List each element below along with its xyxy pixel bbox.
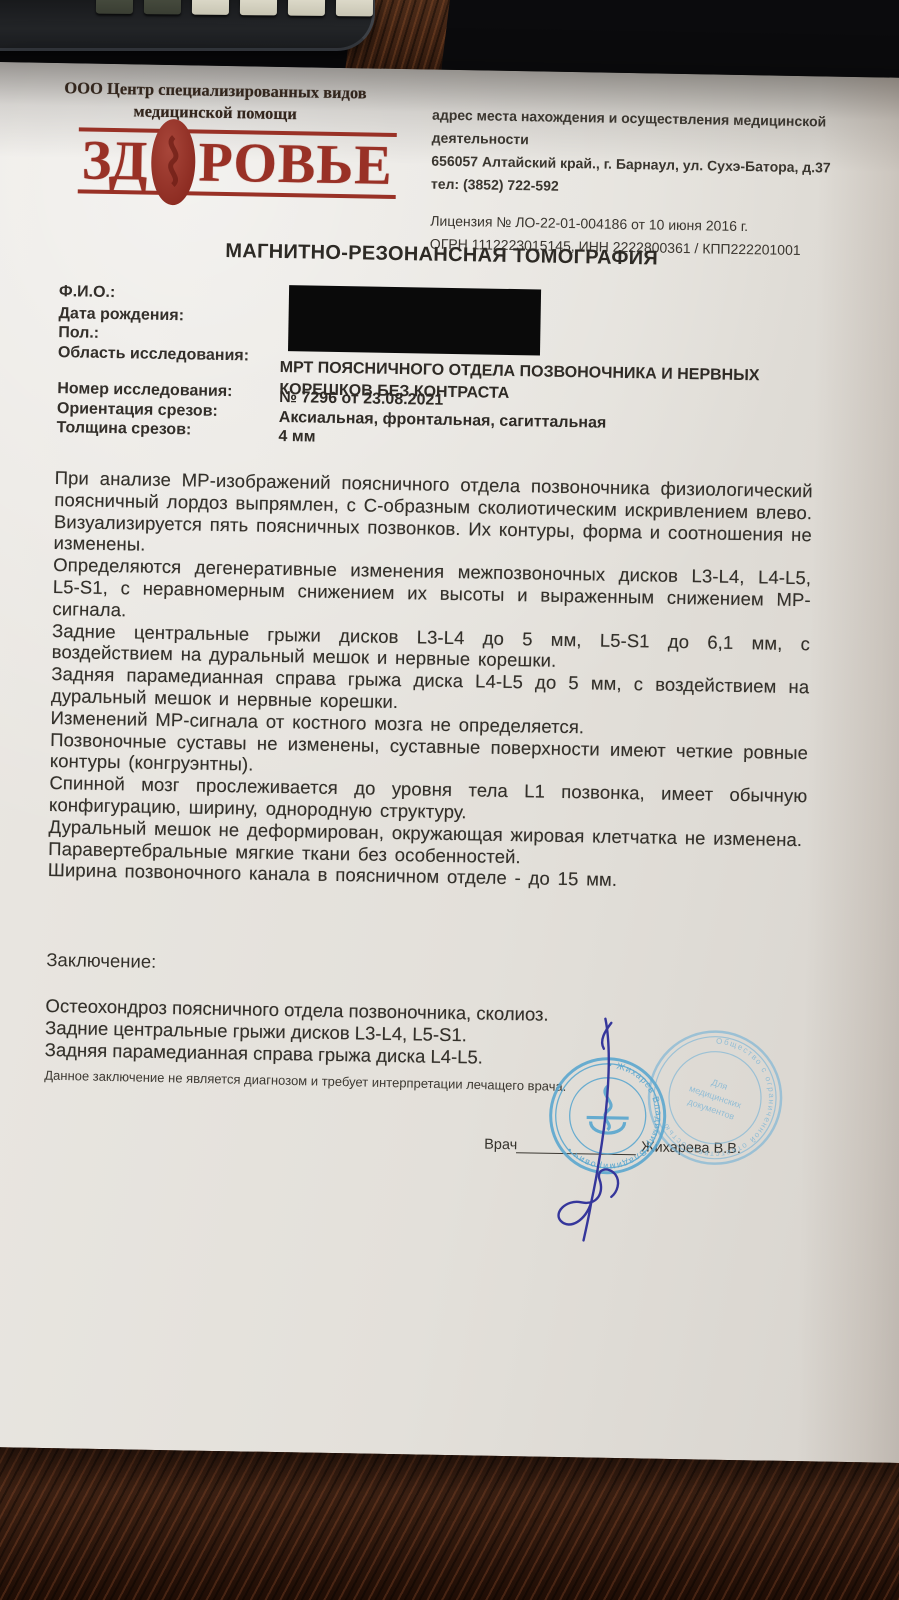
findings-text: При анализе МР-изображений поясничного о… bbox=[48, 467, 813, 894]
stamp-center-text-right: Для медицинских документов bbox=[684, 1071, 748, 1123]
snake-emblem-icon bbox=[151, 119, 196, 206]
keyboard-device bbox=[0, 0, 375, 51]
keyboard-key bbox=[288, 0, 325, 16]
field-label-study-number: Номер исследования: bbox=[57, 380, 232, 401]
field-label-region: Область исследования: bbox=[58, 344, 249, 365]
address-note: адрес места нахождения и осуществления м… bbox=[432, 104, 899, 158]
handwritten-signature bbox=[558, 1018, 621, 1241]
field-value-study-number: № 7296 от 23.08.2021 bbox=[279, 389, 443, 410]
keyboard-key bbox=[336, 0, 373, 16]
field-label-slice-thickness: Толщина срезов: bbox=[56, 419, 191, 439]
logo-text-left: ЗД bbox=[81, 132, 149, 189]
field-label-fio: Ф.И.О.: bbox=[59, 283, 116, 302]
keyboard-key bbox=[144, 0, 181, 14]
field-label-sex: Пол.: bbox=[58, 324, 99, 343]
field-value-slice-orientation: Аксиальная, фронтальная, сагиттальная bbox=[279, 409, 607, 433]
field-value-slice-thickness: 4 мм bbox=[278, 428, 315, 447]
field-label-slice-orientation: Ориентация срезов: bbox=[57, 400, 218, 421]
keyboard-key bbox=[192, 0, 229, 15]
keyboard-key bbox=[96, 0, 133, 14]
conclusion-label: Заключение: bbox=[46, 949, 156, 973]
keyboard-key bbox=[240, 0, 277, 15]
clinic-logo: ЗД РОВЬЕ bbox=[78, 127, 397, 199]
stamps-and-signature: Общество с ограниченной ответственностью… bbox=[496, 1001, 881, 1308]
redaction-box bbox=[288, 285, 541, 355]
document-paper: ООО Центр специализированных видов медиц… bbox=[0, 62, 899, 1463]
logo-text-right: РОВЬЕ bbox=[198, 135, 393, 194]
clinic-contact-block: адрес места нахождения и осуществления м… bbox=[430, 104, 899, 263]
clinic-name: ООО Центр специализированных видов медиц… bbox=[34, 77, 397, 127]
field-label-birthdate: Дата рождения: bbox=[58, 305, 184, 325]
keyboard-keys bbox=[96, 0, 373, 16]
